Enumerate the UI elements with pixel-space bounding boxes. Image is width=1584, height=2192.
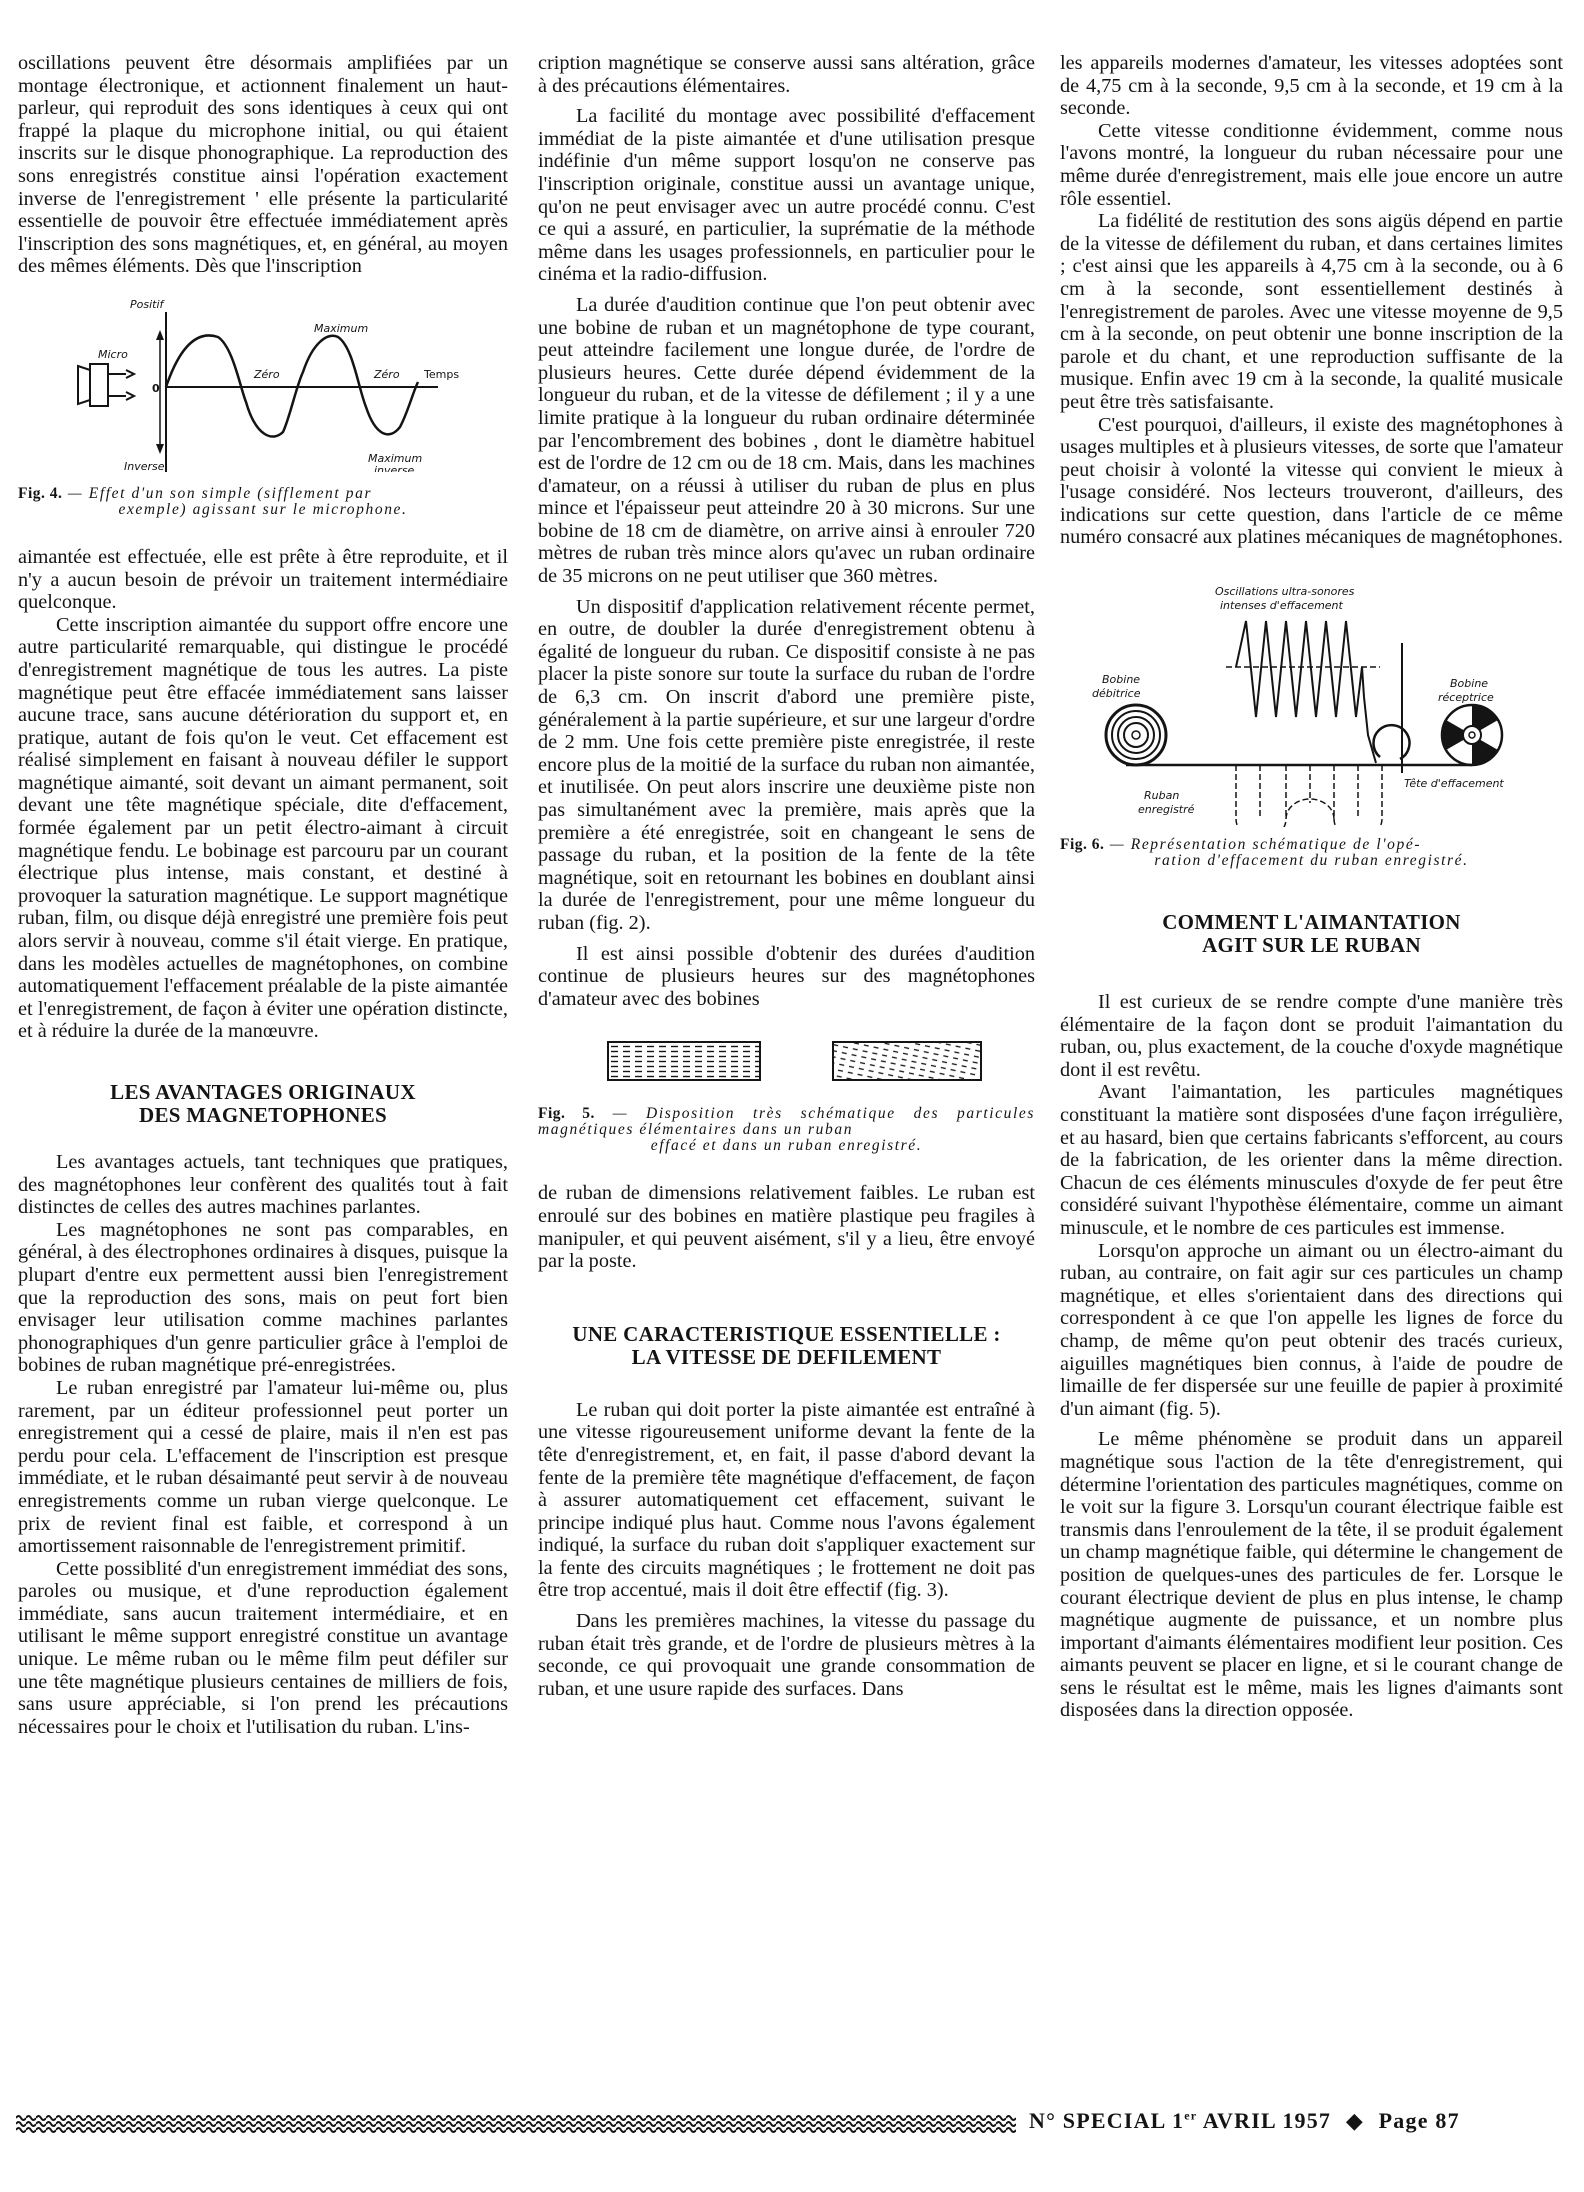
paragraph: Cette inscription aimantée du support of… [18, 614, 508, 1043]
label-zero-2: Zéro [373, 368, 400, 381]
issue-number: N° SPECIAL 1 [1029, 2108, 1184, 2133]
figure-5: Fig. 5. — Disposition très schématique d… [538, 1034, 1035, 1154]
label-zero-1: Zéro [253, 368, 280, 381]
recorded-ribbon [833, 1042, 981, 1080]
label-zero-axis: 0 [152, 382, 160, 395]
label-maximum-inverse-2: inverse [374, 464, 415, 472]
erased-ribbon [608, 1042, 760, 1080]
diamond-separator-icon: ◆ [1346, 2108, 1364, 2133]
right-column: les appareils modernes d'amateur, les vi… [1060, 52, 1563, 1722]
issue-info: N° SPECIAL 1er AVRIL 1957 ◆ Page 87 [1029, 2108, 1460, 2134]
paragraph: aimantée est effectuée, elle est prête à… [18, 546, 508, 614]
paragraph: Dans les premières machines, la vitesse … [538, 1610, 1035, 1700]
paragraph: de ruban de dimensions relativement faib… [538, 1182, 1035, 1272]
label-oscillations-2: intenses d'effacement [1220, 599, 1344, 612]
label-oscillations: Oscillations ultra-sonores [1215, 585, 1355, 598]
sine-wave-diagram: Positif Micro 0 Maximum Zéro Zéro Temps … [18, 292, 508, 472]
erase-head-icon [1373, 725, 1409, 759]
paragraph: La durée d'audition continue que l'on pe… [538, 294, 1035, 588]
section-heading-vitesse: UNE CARACTERISTIQUE ESSENTIELLE : LA VIT… [538, 1323, 1035, 1369]
paragraph: les appareils modernes d'amateur, les vi… [1060, 52, 1563, 120]
paragraph: cription magnétique se conserve aussi sa… [538, 52, 1035, 97]
left-column: oscillations peuvent être désormais ampl… [18, 52, 508, 1738]
supply-reel-icon [1106, 705, 1166, 765]
middle-column: cription magnétique se conserve aussi sa… [538, 52, 1035, 1700]
paragraph: Cette possiblité d'un enregistrement imm… [18, 1558, 508, 1739]
issue-date: AVRIL 1957 [1197, 2108, 1331, 2133]
wavy-rule-decoration [16, 2112, 1016, 2136]
paragraph: Lorsqu'on approche un aimant ou un élect… [1060, 1240, 1563, 1421]
paragraph: Un dispositif d'application relativement… [538, 596, 1035, 935]
paragraph: Il est curieux de se rendre compte d'une… [1060, 991, 1563, 1081]
label-bobine-debitrice-2: débitrice [1092, 687, 1141, 700]
paragraph: Les magnétophones ne sont pas comparable… [18, 1219, 508, 1377]
page-number: Page 87 [1379, 2108, 1460, 2133]
label-ruban: Ruban [1144, 789, 1179, 802]
figure-6-caption: Fig. 6. — Représentation schématique de … [1060, 837, 1563, 869]
label-temps: Temps [423, 368, 459, 381]
paragraph: Le ruban qui doit porter la piste aimant… [538, 1399, 1035, 1602]
figure-4-caption: Fig. 4. — Effet d'un son simple (sifflem… [18, 486, 508, 518]
figure-5-caption: Fig. 5. — Disposition très schématique d… [538, 1106, 1035, 1154]
page-footer: N° SPECIAL 1er AVRIL 1957 ◆ Page 87 [16, 2108, 1568, 2148]
paragraph: La fidélité de restitution des sons aigü… [1060, 210, 1563, 413]
label-bobine-debitrice: Bobine [1102, 673, 1140, 686]
takeup-reel-icon [1442, 705, 1502, 765]
label-inverse: Inverse [124, 460, 165, 472]
paragraph: Cette vitesse conditionne évidemment, co… [1060, 120, 1563, 210]
label-micro: Micro [98, 348, 128, 361]
ribbon-particles-diagram [538, 1034, 1035, 1084]
figure-6: Oscillations ultra-sonores intenses d'ef… [1060, 567, 1563, 869]
paragraph: C'est pourquoi, d'ailleurs, il existe de… [1060, 414, 1563, 550]
paragraph: Les avantages actuels, tant techniques q… [18, 1151, 508, 1219]
paragraph: Le ruban enregistré par l'amateur lui-mê… [18, 1377, 508, 1558]
label-positif: Positif [130, 298, 166, 311]
label-bobine-receptrice-2: réceptrice [1438, 691, 1494, 704]
section-heading-aimantation: COMMENT L'AIMANTATION AGIT SUR LE RUBAN [1060, 911, 1563, 957]
erase-operation-diagram: Oscillations ultra-sonores intenses d'ef… [1060, 567, 1563, 827]
section-heading-avantages: LES AVANTAGES ORIGINAUX DES MAGNETOPHONE… [18, 1081, 508, 1127]
paragraph: La facilité du montage avec possibilité … [538, 105, 1035, 286]
label-maximum: Maximum [314, 322, 368, 335]
microphone-icon [78, 364, 134, 406]
paragraph: Avant l'aimantation, les particules magn… [1060, 1081, 1563, 1239]
paragraph: Le même phénomène se produit dans un app… [1060, 1428, 1563, 1722]
figure-4: Positif Micro 0 Maximum Zéro Zéro Temps … [18, 292, 508, 518]
paragraph: oscillations peuvent être désormais ampl… [18, 52, 508, 278]
label-ruban-2: enregistré [1138, 803, 1195, 816]
label-bobine-receptrice: Bobine [1450, 677, 1488, 690]
paragraph: Il est ainsi possible d'obtenir des duré… [538, 943, 1035, 1011]
label-tete-effacement: Tête d'effacement [1404, 777, 1504, 790]
